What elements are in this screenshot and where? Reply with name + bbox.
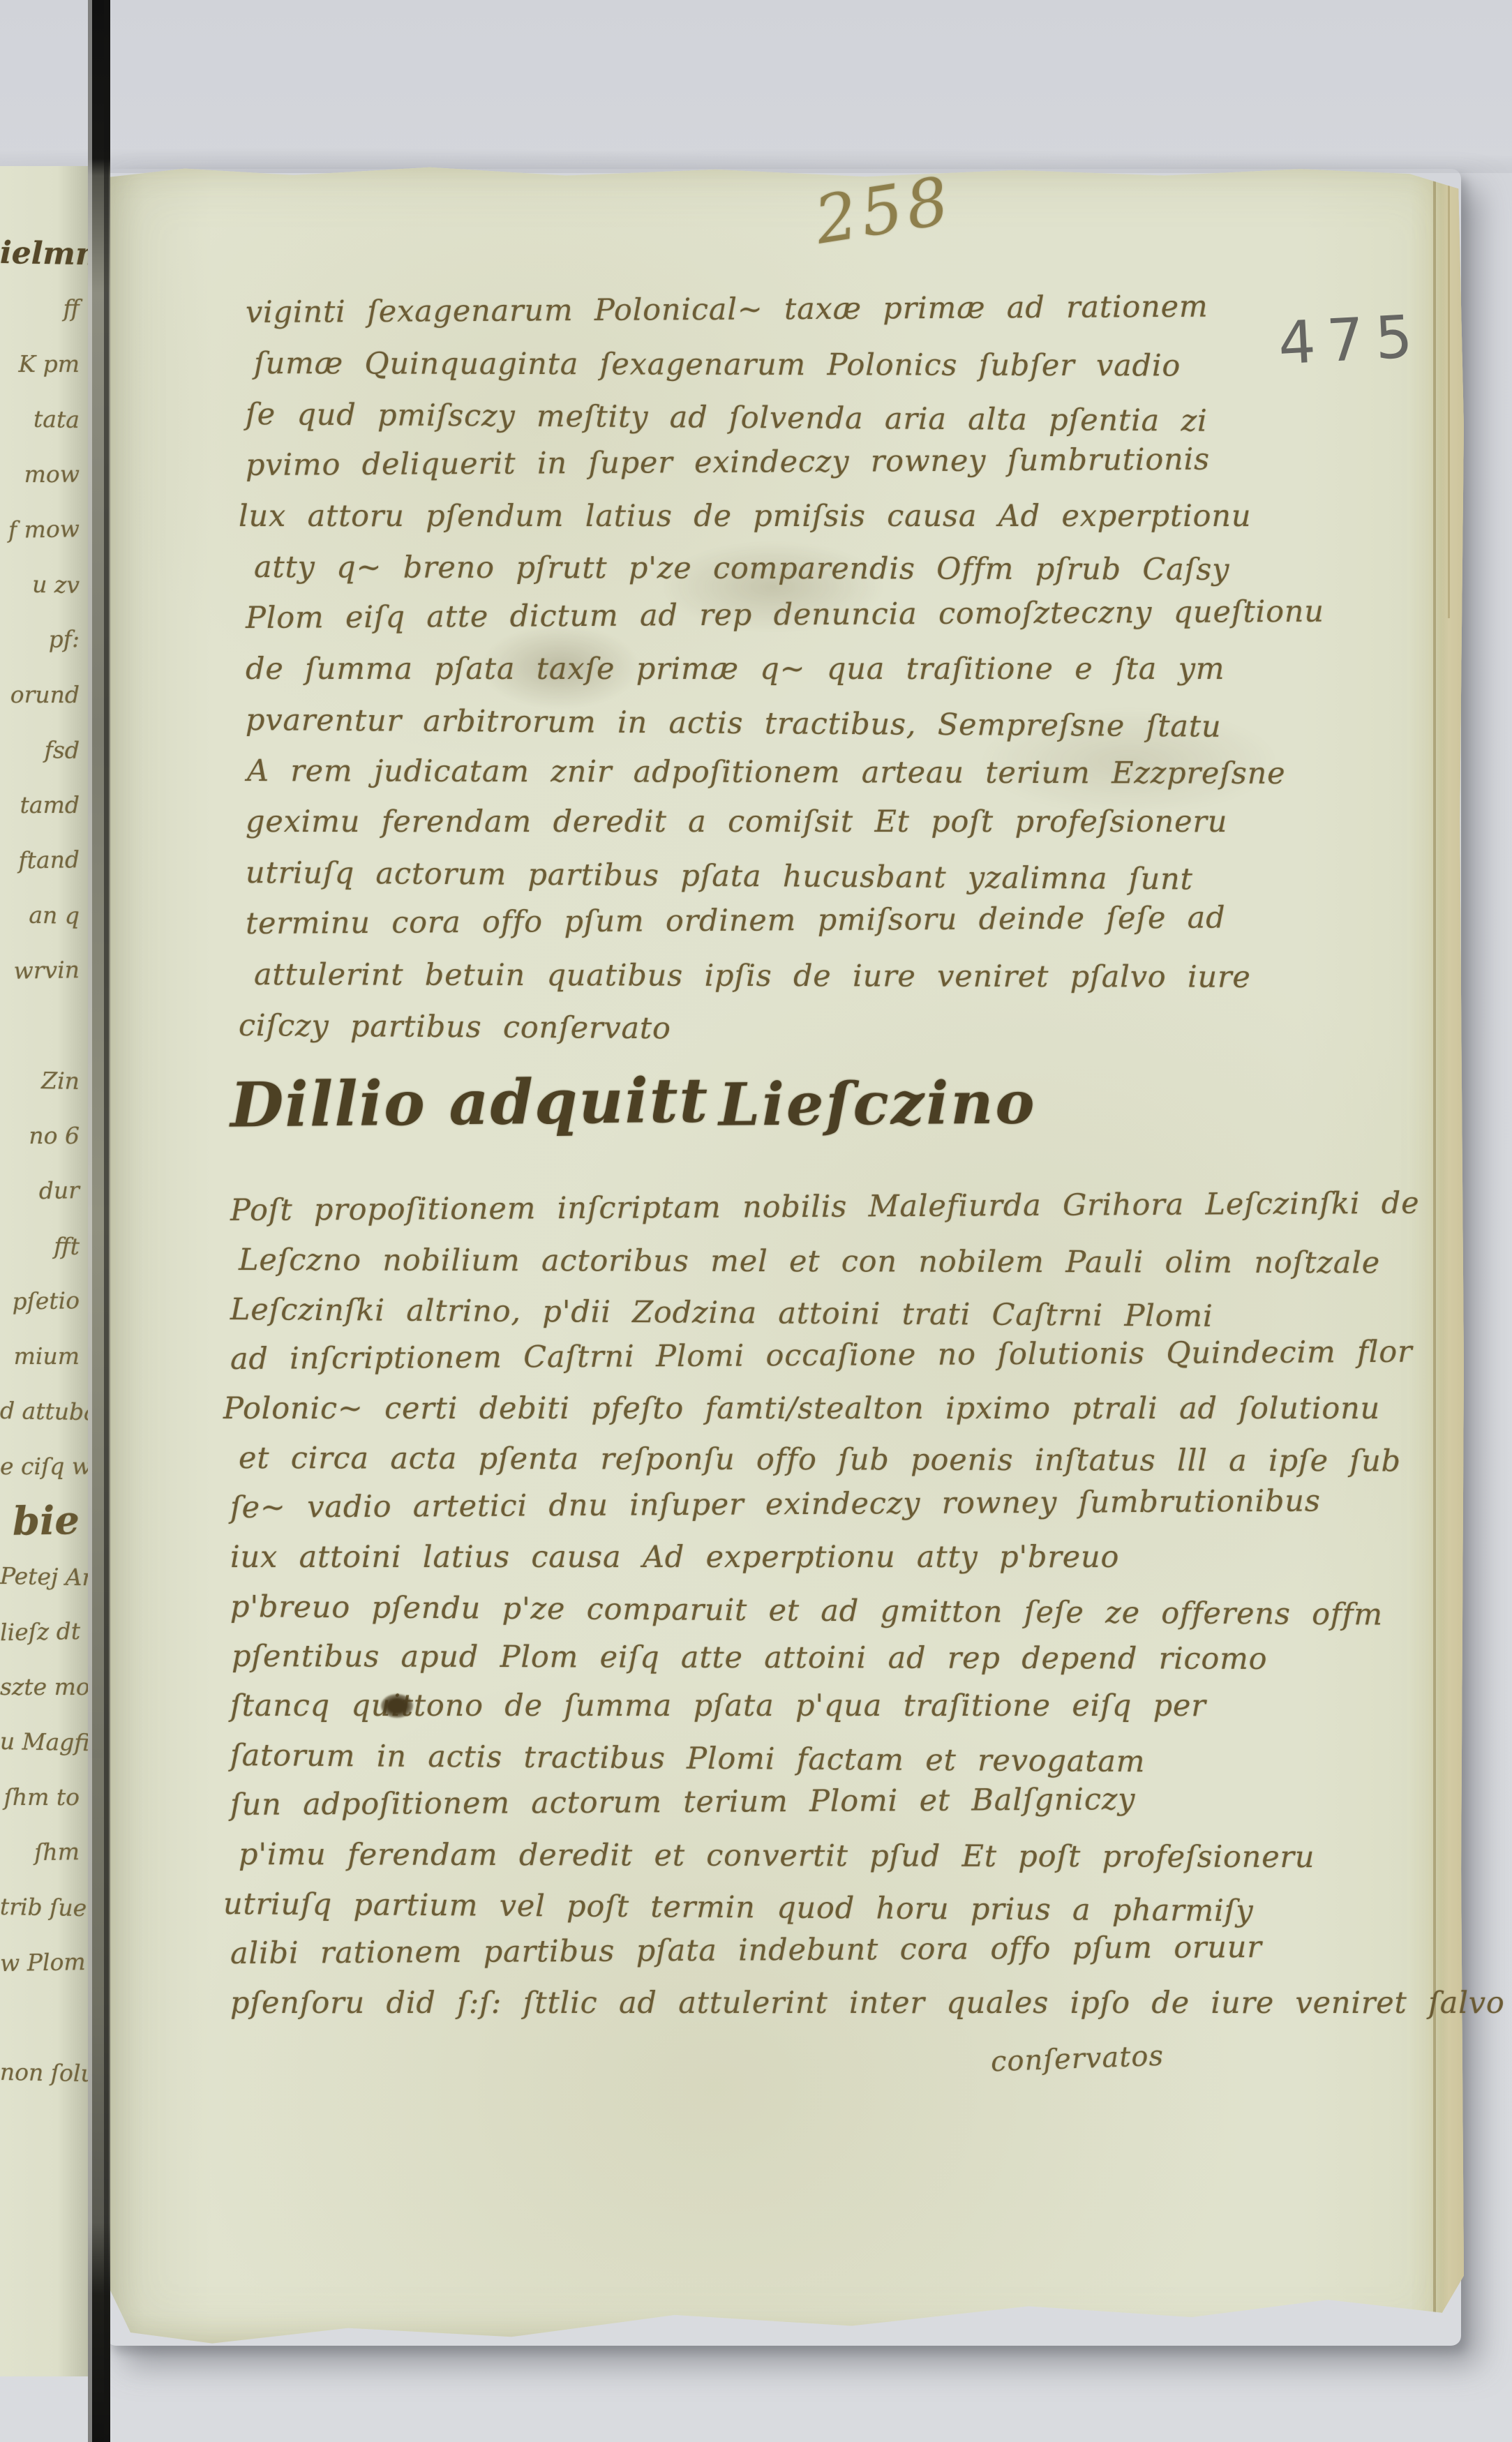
handwritten-paragraph-2: Poſt propoſitionem inſcriptam nobilis Ma… (230, 1186, 1402, 2028)
handwritten-line: pvimo deliquerit in ſuper exindeczy rown… (246, 433, 1390, 491)
section-heading: Dillio adquitt Lieſczino (230, 1066, 1375, 1178)
handwritten-line: p'breuo pſendu p'ze comparuit et ad gmit… (230, 1582, 1402, 1640)
facing-fragment-line: u zv (0, 556, 86, 613)
facing-page-line-fragments: ielmnffK pmtatamowf mowu zvpf:orundfsdta… (0, 226, 85, 2100)
fore-edge-line (1433, 165, 1436, 2350)
handwritten-line: Poſt propoſitionem inſcriptam nobilis Ma… (230, 1179, 1402, 1236)
handwritten-line: pſenſoru did ſ:ſ: ſttlic ad attulerint i… (230, 1979, 1402, 2028)
facing-fragment-line: ielmn (0, 225, 86, 282)
binding-gutter-strap (88, 0, 110, 2442)
handwritten-line: lux attoru pſendum latius de pmiſsis cau… (239, 491, 1390, 542)
facing-fragment-line: f mow (0, 501, 86, 557)
handwritten-line: ciſczy partibus conſervato (239, 1001, 1390, 1060)
heading-place-name: Lieſczino (719, 1068, 1037, 1139)
facing-fragment-line: pf: (0, 611, 86, 668)
facing-fragment-line (0, 1990, 85, 2045)
handwritten-line: A rem judicatam znir adpoſitionem arteau… (247, 746, 1398, 800)
facing-fragment-line: mow (0, 447, 85, 502)
handwritten-line: alibi rationem partibus pſata indebunt c… (230, 1922, 1402, 1979)
facing-fragment-line: mium (0, 1328, 85, 1384)
facing-fragment-line: e ciſq wſt (0, 1439, 85, 1494)
facing-fragment-line (0, 998, 85, 1053)
fore-edge-line-upper (1448, 172, 1450, 618)
handwritten-line: ſumæ Quinquaginta ſexagenarum Polonics ſ… (254, 338, 1398, 392)
handwritten-line: geximu ferendam deredit a comiſsit Et po… (246, 797, 1390, 848)
facing-fragment-line: dur (0, 1162, 86, 1219)
facing-fragment-line: bie (0, 1493, 86, 1550)
heading-entry-type: Dillio adquitt (230, 1063, 709, 1141)
handwritten-line: ad inſcriptionem Caſtrni Plomi occaſione… (230, 1328, 1402, 1384)
facing-fragment-line: d attuband (0, 1383, 86, 1439)
facing-fragment-line: Petej Ama (0, 1548, 86, 1605)
handwritten-line: Leſczno nobilium actoribus mel et con no… (239, 1236, 1411, 1288)
handwritten-paragraph-1: viginti ſexagenarum Polonical~ taxæ prim… (246, 287, 1390, 1051)
handwritten-line: iux attoini latius causa Ad experptionu … (230, 1533, 1402, 1582)
facing-fragment-line: tamd (0, 777, 85, 832)
facing-fragment-line: ſhm to (0, 1769, 85, 1825)
facing-fragment-line: wrvin (0, 942, 86, 998)
facing-fragment-line: lieſz dt (0, 1603, 86, 1660)
handwritten-line: Plom eiſq atte dictum ad rep denuncia co… (246, 586, 1390, 644)
facing-fragment-line: trib ſue (0, 1879, 86, 1935)
facing-fragment-line: fsd (0, 721, 86, 778)
facing-fragment-line: orund (0, 667, 85, 722)
handwritten-line: pvarentur arbitrorum in actis tractibus,… (246, 695, 1390, 754)
handwritten-line: attulerint betuin quatibus ipſis de iure… (254, 950, 1398, 1003)
facing-fragment-line: tata (0, 391, 86, 447)
facing-fragment-line: Zin (0, 1052, 86, 1109)
facing-fragment-line: no 6 (0, 1108, 85, 1163)
handwritten-line: viginti ſexagenarum Polonical~ taxæ prim… (246, 280, 1390, 338)
facing-fragment-line: u Magfin (0, 1714, 86, 1770)
handwritten-line: ſun adpoſitionem actorum terium Plomi et… (230, 1774, 1402, 1830)
facing-fragment-line: non ſolut~ (0, 2044, 86, 2101)
facing-fragment-line: an q (0, 887, 86, 943)
facing-fragment-line: ff (0, 280, 86, 337)
facing-fragment-line: K pm (0, 336, 85, 391)
facing-fragment-line: ſhm (0, 1824, 86, 1880)
facing-fragment-line: fft (0, 1218, 86, 1274)
handwritten-line: de ſumma pſata taxſe primæ q~ qua traſit… (246, 644, 1390, 695)
stacked-page-edges-top (0, 137, 1512, 173)
facing-fragment-line: szte moto (0, 1659, 85, 1714)
manuscript-photo: { "document": { "folio_number_ink": "258… (0, 0, 1512, 2442)
handwritten-line: Polonic~ certi debiti pfeſto famti/steal… (223, 1384, 1402, 1434)
handwritten-line: terminu cora offo pſum ordinem pmiſsoru … (246, 892, 1390, 950)
handwritten-line: ſe~ vadio artetici dnu inſuper exindeczy… (230, 1476, 1402, 1533)
facing-fragment-line: w Plom (0, 1934, 86, 1991)
closing-word: conſervatos (990, 2040, 1164, 2078)
handwritten-line: p'imu ferendam deredit et convertit pſud… (239, 1830, 1411, 1882)
facing-fragment-line: ftand (0, 832, 86, 888)
facing-fragment-line: pſetio (0, 1273, 86, 1329)
ink-blot (381, 1694, 413, 1718)
handwritten-line: pſentibus apud Plom eiſq atte attoini ad… (232, 1632, 1411, 1684)
